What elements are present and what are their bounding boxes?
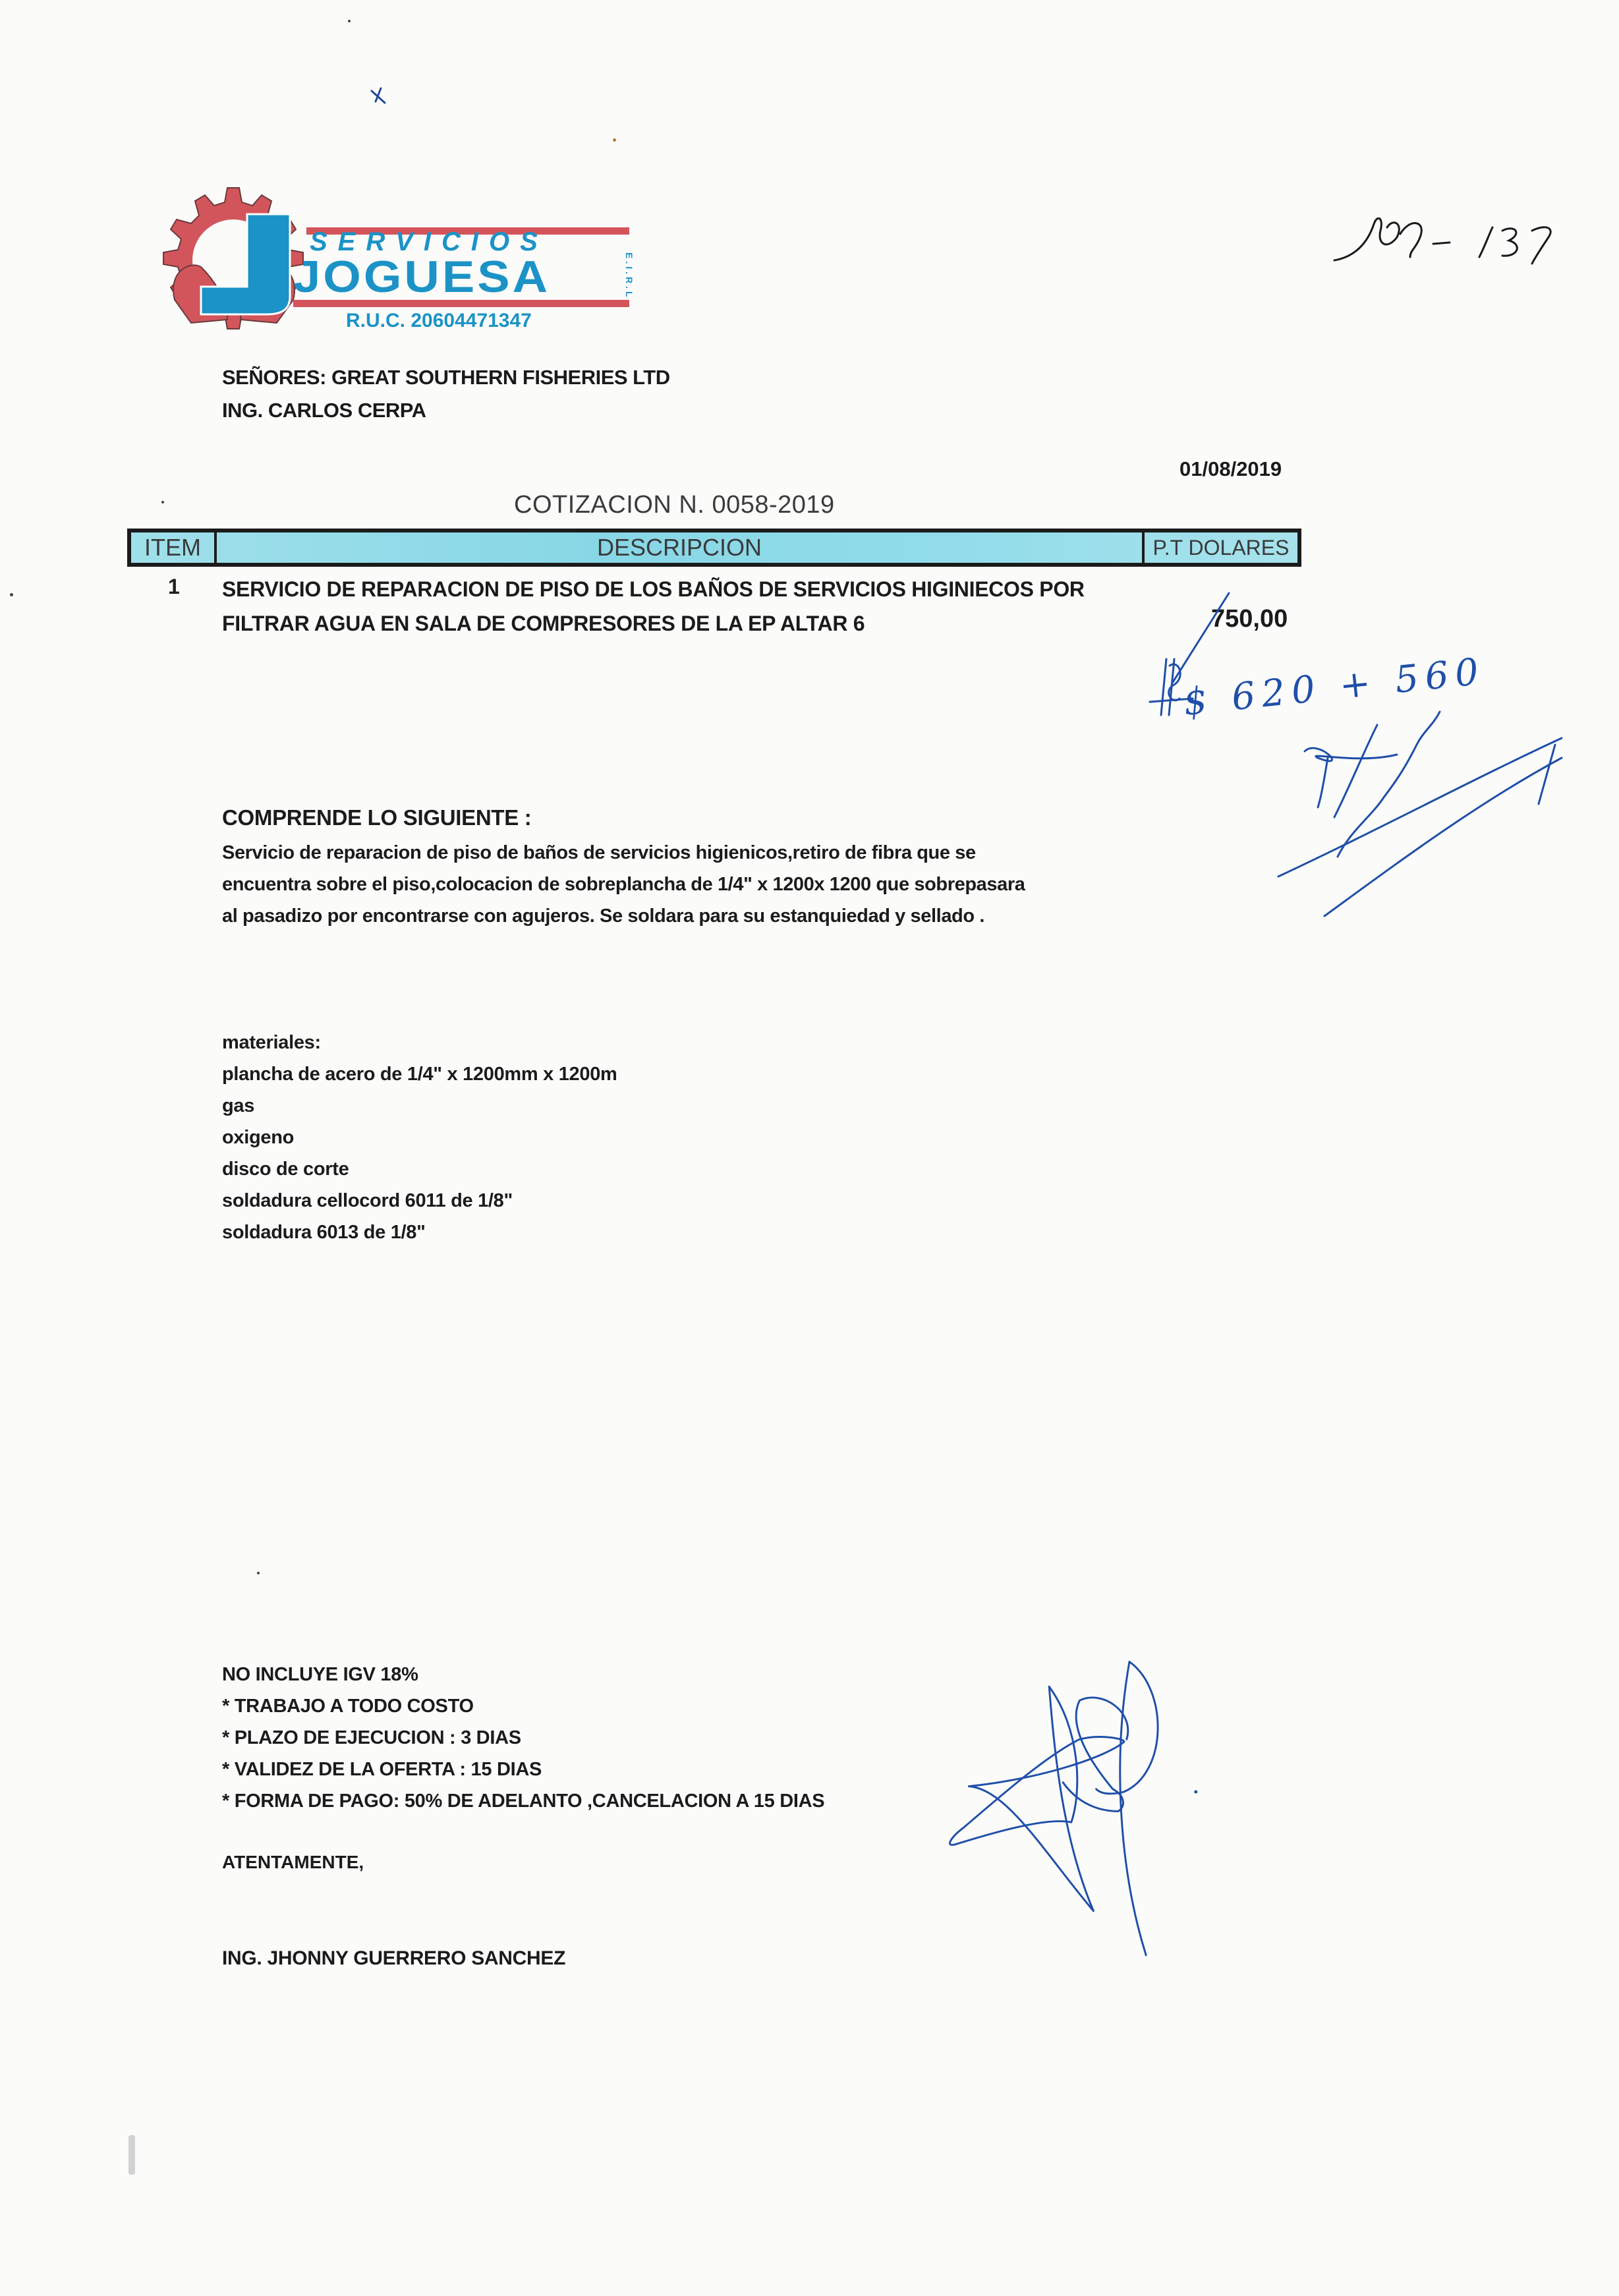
materials-list: materiales: plancha de acero de 1/4" x 1… [222,1027,617,1248]
scope-line: encuentra sobre el piso,colocacion de so… [222,869,1158,900]
scope-text: Servicio de reparacion de piso de baños … [222,837,1158,932]
condition-line: * PLAZO DE EJECUCION : 3 DIAS [222,1722,824,1754]
signer-name: ING. JHONNY GUERRERO SANCHEZ [222,1947,565,1970]
speck [613,138,616,142]
speck [10,593,13,596]
table-header: ITEM DESCRIPCION P.T DOLARES [127,529,1301,567]
handwritten-reference-number [1328,198,1565,283]
handwritten-x-mark-icon [369,86,389,105]
speck [348,20,351,22]
column-header-item: ITEM [131,532,217,563]
handwritten-amount-text: $ 620 + 560 [1181,650,1487,724]
material-item: disco de corte [222,1153,617,1185]
column-header-description: DESCRIPCION [217,532,1145,563]
row-description: SERVICIO DE REPARACION DE PISO DE LOS BA… [222,572,1178,641]
signature-mark [936,1621,1212,1990]
materials-title: materiales: [222,1027,617,1058]
handwritten-amount-note [1140,646,1469,738]
row-description-line: FILTRAR AGUA EN SALA DE COMPRESORES DE L… [222,606,1178,641]
scan-mark [128,2135,135,2175]
logo-name: JJOGUESA [293,254,550,299]
attention-name: ING. CARLOS CERPA [222,394,670,427]
company-logo: SERVICIOS JJOGUESA E.I.R.L R.U.C. 206044… [128,175,642,336]
document-date: 01/08/2019 [1179,457,1282,481]
addressee-block: SEÑORES: GREAT SOUTHERN FISHERIES LTD IN… [222,361,670,427]
condition-line: NO INCLUYE IGV 18% [222,1659,824,1690]
condition-line: * VALIDEZ DE LA OFERTA : 15 DIAS [222,1754,824,1785]
material-item: plancha de acero de 1/4" x 1200mm x 1200… [222,1058,617,1090]
client-name: SEÑORES: GREAT SOUTHERN FISHERIES LTD [222,361,670,394]
closing-salutation: ATENTAMENTE, [222,1852,364,1873]
material-item: soldadura cellocord 6011 de 1/8" [222,1185,617,1217]
scope-line: al pasadizo por encontrarse con agujeros… [222,900,1158,932]
quote-title: COTIZACION N. 0058-2019 [514,491,835,519]
row-price: 750,00 [1211,605,1288,633]
material-item: soldadura 6013 de 1/8" [222,1217,617,1248]
row-description-line: SERVICIO DE REPARACION DE PISO DE LOS BA… [222,572,1178,606]
row-item-number: 1 [168,575,180,599]
speck [161,501,164,503]
handwritten-approval-initials: Carlos Cerpa [1278,699,1581,923]
material-item: oxigeno [222,1122,617,1153]
scope-line: Servicio de reparacion de piso de baños … [222,837,1158,869]
logo-name-text: JOGUESA [293,251,550,301]
conditions-list: NO INCLUYE IGV 18% * TRABAJO A TODO COST… [222,1659,824,1817]
scope-title: COMPRENDE LO SIGUIENTE : [222,805,532,830]
ruc-number: R.U.C. 20604471347 [346,310,532,332]
condition-line: * FORMA DE PAGO: 50% DE ADELANTO ,CANCEL… [222,1785,824,1817]
logo-legal-suffix: E.I.R.L [624,252,635,300]
material-item: gas [222,1090,617,1122]
condition-line: * TRABAJO A TODO COSTO [222,1690,824,1722]
speck [257,1572,260,1574]
column-header-price: P.T DOLARES [1145,532,1297,563]
